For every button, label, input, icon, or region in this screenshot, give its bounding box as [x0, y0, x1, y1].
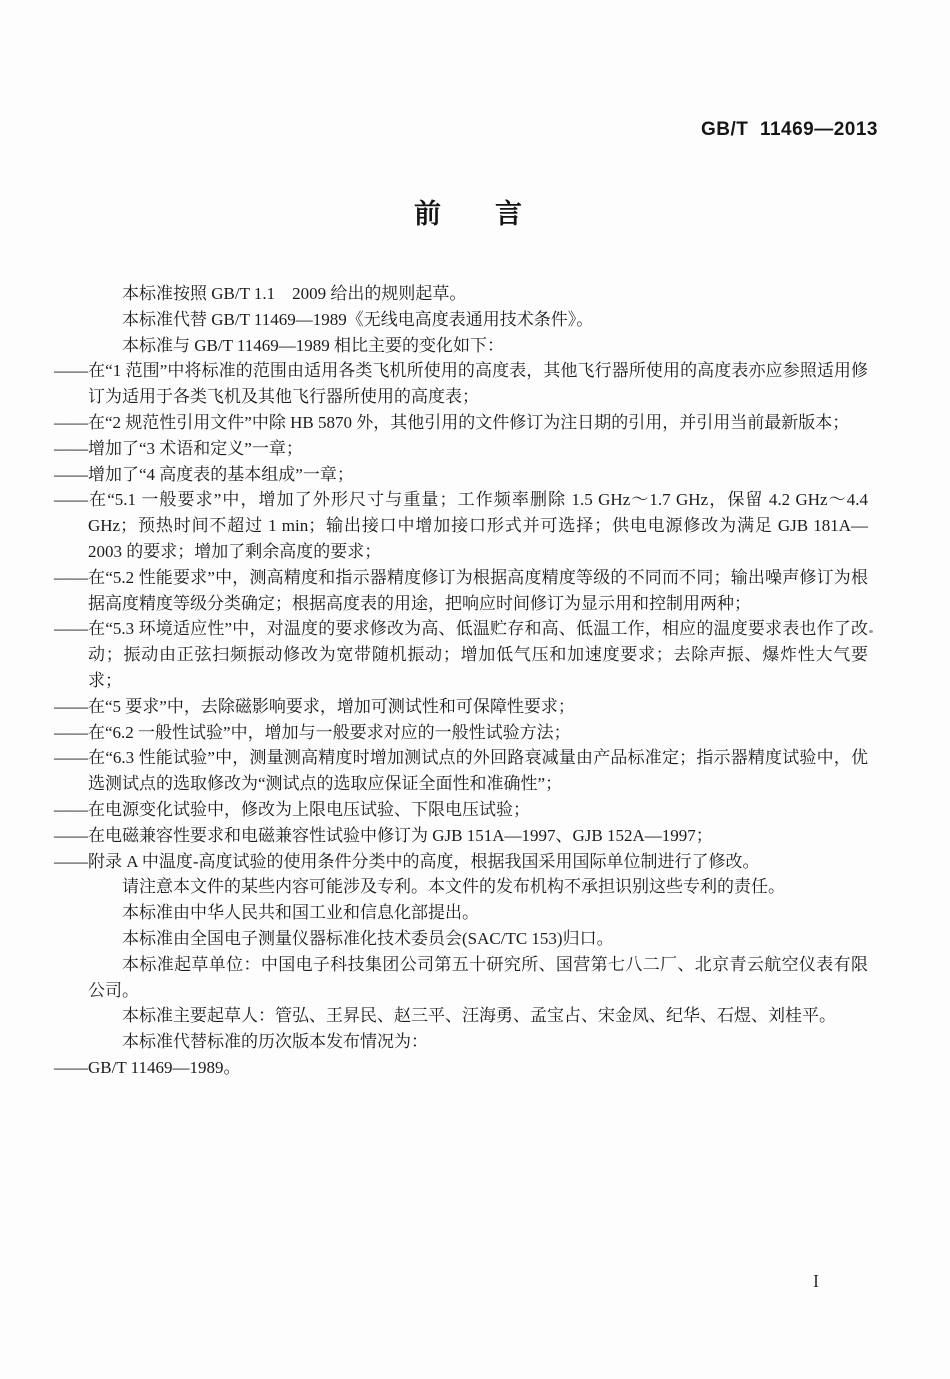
paragraph: 本标准代替标准的历次版本发布情况为：: [88, 1029, 868, 1055]
dash-list-item: ——在“5 要求”中，去除磁影响要求，增加可测试性和可保障性要求；: [88, 694, 868, 720]
page-number: I: [813, 1271, 819, 1292]
paragraph: 本标准代替 GB/T 11469—1989《无线电高度表通用技术条件》。: [88, 307, 868, 333]
paragraph: 本标准起草单位：中国电子科技集团公司第五十研究所、国营第七八二厂、北京青云航空仪…: [88, 952, 868, 1004]
paragraph: 本标准由全国电子测量仪器标准化技术委员会(SAC/TC 153)归口。: [88, 926, 868, 952]
dash-list-item: ——在“5.1 一般要求”中，增加了外形尺寸与重量；工作频率删除 1.5 GHz…: [88, 487, 868, 564]
dash-list-item: ——在电源变化试验中，修改为上限电压试验、下限电压试验；: [88, 797, 868, 823]
dash-list-item: ——在“6.2 一般性试验”中，增加与一般要求对应的一般性试验方法；: [88, 720, 868, 746]
paragraph: 本标准与 GB/T 11469—1989 相比主要的变化如下：: [88, 333, 868, 359]
standard-number-header: GB/T 11469—2013: [701, 119, 878, 141]
dash-list-item: ——在“2 规范性引用文件”中除 HB 5870 外，其他引用的文件修订为注日期…: [88, 410, 868, 436]
dash-list-item: ——在“1 范围”中将标准的范围由适用各类飞机所使用的高度表，其他飞行器所使用的…: [88, 358, 868, 410]
dash-list-item: ——在电磁兼容性要求和电磁兼容性试验中修订为 GJB 151A—1997、GJB…: [88, 823, 868, 849]
document-page: GB/T 11469—2013 前 言 本标准按照 GB/T 1.1 2009 …: [0, 0, 950, 1379]
dash-list-item: ——增加了“4 高度表的基本组成”一章；: [88, 462, 868, 488]
dash-list-item: ——GB/T 11469—1989。: [88, 1055, 868, 1081]
foreword-body: 本标准按照 GB/T 1.1 2009 给出的规则起草。 本标准代替 GB/T …: [88, 281, 868, 1081]
dash-list-item: ——附录 A 中温度-高度试验的使用条件分类中的高度，根据我国采用国际单位制进行…: [88, 849, 868, 875]
paragraph: 请注意本文件的某些内容可能涉及专利。本文件的发布机构不承担识别这些专利的责任。: [88, 874, 868, 900]
paragraph: 本标准由中华人民共和国工业和信息化部提出。: [88, 900, 868, 926]
dash-list-item: ——在“5.3 环境适应性”中，对温度的要求修改为高、低温贮存和高、低温工作，相…: [88, 616, 868, 693]
dash-list-item: ——在“6.3 性能试验”中，测量测高精度时增加测试点的外回路衰减量由产品标准定…: [88, 745, 868, 797]
paragraph: 本标准按照 GB/T 1.1 2009 给出的规则起草。: [88, 281, 868, 307]
scan-speck: [869, 630, 873, 633]
dash-list-item: ——增加了“3 术语和定义”一章；: [88, 436, 868, 462]
foreword-title: 前 言: [0, 196, 936, 232]
dash-list-item: ——在“5.2 性能要求”中，测高精度和指示器精度修订为根据高度精度等级的不同而…: [88, 565, 868, 617]
paragraph: 本标准主要起草人：管弘、王昇民、赵三平、汪海勇、孟宝占、宋金凤、纪华、石煜、刘桂…: [88, 1003, 868, 1029]
